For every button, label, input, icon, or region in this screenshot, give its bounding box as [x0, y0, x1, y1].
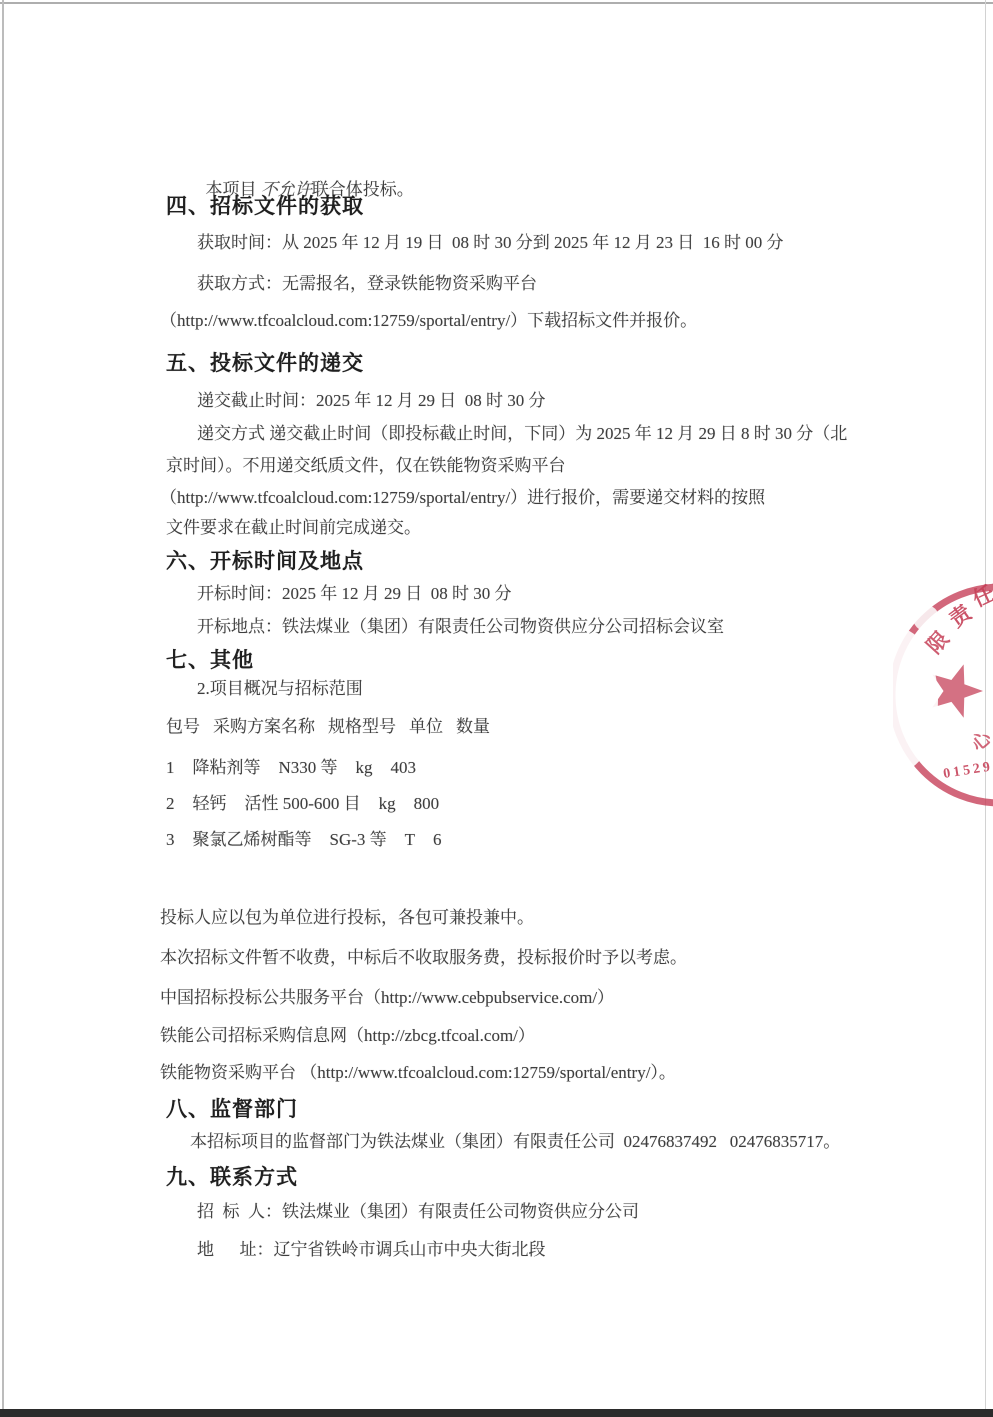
table-row: 3 聚氯乙烯树酯等 SG-3 等 T 6: [166, 829, 442, 850]
row2-quantity: 800: [414, 793, 440, 814]
row3-unit: T: [405, 829, 415, 850]
row2-plan-name: 轻钙: [193, 793, 227, 814]
section5-method-line3: （http://www.tfcoalcloud.com:12759/sporta…: [160, 487, 765, 508]
section5-title: 五、投标文件的递交: [166, 350, 364, 376]
section5-deadline: 递交截止时间：2025 年 12 月 29 日 08 时 30 分: [197, 390, 546, 411]
note-cebpubservice-platform: 中国招标投标公共服务平台（http://www.cebpubservice.co…: [160, 987, 614, 1008]
col-header-unit: 单位: [409, 716, 443, 737]
row2-unit: kg: [379, 793, 396, 814]
note-bid-by-package: 投标人应以包为单位进行投标，各包可兼投兼中。: [160, 907, 534, 928]
row1-unit: kg: [356, 757, 373, 778]
section5-method-line1: 递交方式 递交截止时间（即投标截止时间，下同）为 2025 年 12 月 29 …: [197, 423, 847, 444]
col-header-plan-name: 采购方案名称: [213, 716, 315, 737]
note-tieneng-info-site: 铁能公司招标采购信息网（http://zbcg.tfcoal.com/）: [160, 1025, 535, 1046]
row1-package-no: 1: [166, 757, 175, 778]
row1-spec-model: N330 等: [279, 757, 338, 778]
section4-obtain-method: 获取方式：无需报名，登录铁能物资采购平台: [197, 273, 537, 294]
section7-title: 七、其他: [166, 647, 254, 673]
section9-bidder: 招 标 人：铁法煤业（集团）有限责任公司物资供应分公司: [197, 1201, 639, 1222]
row3-quantity: 6: [433, 829, 442, 850]
col-header-quantity: 数量: [456, 716, 490, 737]
col-header-package-no: 包号: [166, 716, 200, 737]
section6-title: 六、开标时间及地点: [166, 548, 364, 574]
section9-title: 九、联系方式: [166, 1164, 298, 1190]
page-edge-left: [2, 0, 4, 1417]
section4-download-url: （http://www.tfcoalcloud.com:12759/sporta…: [160, 310, 697, 331]
seal-arc-char: 任: [969, 581, 993, 612]
row3-package-no: 3: [166, 829, 175, 850]
section9-address: 地 址：辽宁省铁岭市调兵山市中央大街北段: [197, 1239, 546, 1260]
table-row: 2 轻钙 活性 500-600 目 kg 800: [166, 793, 439, 814]
package-table-header: 包号 采购方案名称 规格型号 单位 数量: [166, 716, 490, 737]
note-no-fee: 本次招标文件暂不收费，中标后不收取服务费，投标报价时予以考虑。: [160, 947, 687, 968]
row3-plan-name: 聚氯乙烯树酯等: [193, 829, 312, 850]
company-seal-stamp: 限 责 任 公 心 01529: [893, 572, 993, 820]
section8-supervision-body: 本招标项目的监督部门为铁法煤业（集团）有限责任公司 02476837492 02…: [190, 1131, 840, 1152]
row3-spec-model: SG-3 等: [330, 829, 387, 850]
section4-title: 四、招标文件的获取: [166, 193, 364, 219]
seal-code: 01529: [942, 759, 993, 782]
section4-obtain-time: 获取时间：从 2025 年 12 月 19 日 08 时 30 分到 2025 …: [197, 232, 784, 253]
seal-partial-char: 心: [967, 726, 993, 756]
col-header-spec-model: 规格型号: [328, 716, 396, 737]
seal-graphics: 限 责 任 公 心 01529: [893, 572, 993, 803]
section6-open-time: 开标时间：2025 年 12 月 29 日 08 时 30 分: [197, 583, 512, 604]
seal-fade-blob: [913, 605, 939, 631]
note-tieneng-material-platform: 铁能物资采购平台 （http://www.tfcoalcloud.com:127…: [160, 1062, 676, 1083]
section6-open-place: 开标地点：铁法煤业（集团）有限责任公司物资供应分公司招标会议室: [197, 616, 724, 637]
row1-quantity: 403: [391, 757, 417, 778]
page-edge-bottom: [0, 1409, 993, 1417]
section5-method-line4: 文件要求在截止时间前完成递交。: [166, 517, 421, 538]
section8-title: 八、监督部门: [166, 1096, 298, 1122]
table-row: 1 降粘剂等 N330 等 kg 403: [166, 757, 416, 778]
section7-subtitle: 2.项目概况与招标范围: [197, 678, 363, 699]
page-edge-top: [0, 2, 993, 4]
row2-spec-model: 活性 500-600 目: [245, 793, 361, 814]
row2-package-no: 2: [166, 793, 175, 814]
row1-plan-name: 降粘剂等: [193, 757, 261, 778]
seal-arc-char: 责: [945, 600, 977, 632]
section5-method-line2: 京时间）。不用递交纸质文件，仅在铁能物资采购平台: [166, 455, 566, 476]
